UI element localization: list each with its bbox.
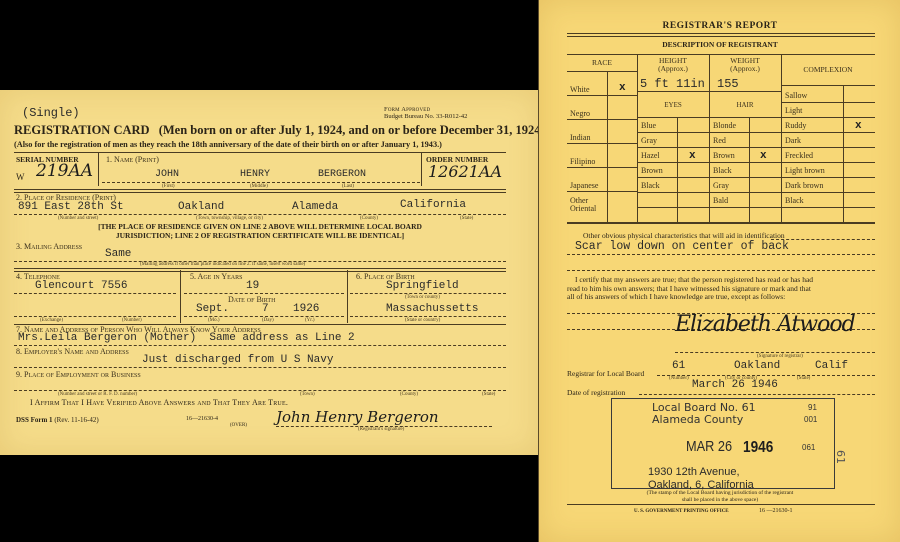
registrars-report: REGISTRAR'S REPORT DESCRIPTION OF REGIST…: [538, 0, 900, 542]
form-approved: Form Approved: [384, 106, 430, 113]
hair-bald: Bald: [713, 196, 728, 205]
eye-hazel: Hazel: [641, 151, 660, 160]
order-number: 12621AA: [428, 162, 502, 181]
dob-day: 7: [262, 303, 269, 315]
form-title-line: REGISTRATION CARD (Men born on or after …: [14, 123, 545, 138]
mailing-value: Same: [105, 248, 131, 260]
stamp-code-1: 91: [808, 403, 817, 412]
budget-bureau-number: Budget Bureau No. 33-R012-42: [384, 113, 467, 120]
report-title: REGISTRAR'S REPORT: [539, 21, 900, 31]
hair-gray: Gray: [713, 181, 729, 190]
complexion-light-brown: Light brown: [785, 166, 825, 175]
dob-month: Sept.: [196, 303, 229, 315]
local-board-label: Registrar for Local Board: [567, 369, 644, 378]
age-label: 5. Age in Years: [190, 272, 242, 281]
other-characteristics-label: Other obvious physical characteristics t…: [583, 231, 785, 240]
local-board-state: Calif: [815, 360, 848, 372]
birthplace-state: Massachussetts: [386, 303, 478, 315]
age-value: 19: [246, 280, 259, 292]
name-middle: HENRY: [240, 169, 270, 180]
form-id: DSS Form 1: [16, 416, 53, 424]
complexion-light: Light: [785, 106, 802, 115]
form-title: REGISTRATION CARD: [14, 123, 150, 137]
contact-value: Mrs.Leila Bergeron (Mother) Same address…: [18, 332, 355, 344]
employer-label: 8. Employer's Name and Address: [16, 347, 129, 356]
local-board-stamp: Local Board No. 61 Alameda County 91 001…: [611, 398, 835, 489]
certification-text: I certify that my answers are true; that…: [567, 276, 877, 302]
footer-printer: U. S. GOVERNMENT PRINTING OFFICE: [634, 509, 729, 514]
employment-street-caption: (Number and street or R. F. D. number): [58, 392, 137, 397]
hair-header: HAIR: [709, 101, 781, 109]
complexion-ruddy-mark: x: [855, 120, 862, 132]
weight-value: 155: [717, 77, 739, 91]
hair-red: Red: [713, 136, 726, 145]
registrant-signature: John Henry Bergeron: [276, 408, 439, 426]
affirmation-text: I Affirm That I Have Verified Above Answ…: [30, 398, 288, 407]
date-of-registration-value: March 26 1946: [692, 379, 778, 391]
complexion-header: COMPLEXION: [781, 65, 875, 74]
eye-gray: Gray: [641, 136, 657, 145]
number-caption: (Number): [122, 318, 142, 323]
employer-value: Just discharged from U S Navy: [142, 354, 333, 366]
mailing-caption: (Mailing address if other than place ind…: [140, 262, 305, 267]
report-subtitle: DESCRIPTION OF REGISTRANT: [539, 40, 900, 49]
exchange-caption: (Exchange): [40, 318, 63, 323]
over-note: (OVER): [230, 423, 247, 428]
eye-brown: Brown: [641, 166, 663, 175]
serial-prefix: W: [16, 172, 25, 182]
marital-status: (Single): [22, 106, 80, 120]
county-caption: (County): [360, 216, 378, 221]
hair-brown-mark: x: [760, 150, 767, 162]
height-header: HEIGHT(Approx.): [637, 57, 709, 73]
registrar-signature-caption: (Signature of registrar): [757, 354, 803, 359]
registrar-signature: Elizabeth Atwood: [675, 312, 855, 337]
employment-state-caption: (State): [482, 392, 495, 397]
state-caption: (State): [460, 216, 473, 221]
height-value: 5 ft 11in: [640, 77, 705, 91]
residence-street: 891 East 28th St: [18, 201, 124, 213]
stamp-address-1: 1930 12th Avenue,: [648, 466, 740, 478]
race-other-oriental: Other Oriental: [570, 197, 608, 213]
hair-black: Black: [713, 166, 732, 175]
name-first: JOHN: [155, 169, 179, 180]
registration-card-front: (Single) Form Approved Budget Bureau No.…: [0, 90, 538, 455]
eye-blue: Blue: [641, 121, 656, 130]
eye-black: Black: [641, 181, 660, 190]
local-board-number: 61: [672, 360, 685, 372]
town-caption: (Town, township, village, or city): [196, 216, 263, 221]
form-revision: (Rev. 11-16-42): [54, 416, 98, 424]
birthplace-town: Springfield: [386, 280, 459, 292]
birthplace-state-caption: (State or country): [405, 318, 440, 323]
employment-town-caption: (Town): [300, 392, 315, 397]
hair-blonde: Blonde: [713, 121, 736, 130]
race-indian: Indian: [570, 133, 590, 142]
stamp-date: MAR 26: [686, 438, 732, 455]
residence-town: Oakland: [178, 201, 224, 213]
race-japanese: Japanese: [570, 181, 598, 190]
date-of-registration-label: Date of registration: [567, 388, 625, 397]
employment-county-caption: (County): [400, 392, 418, 397]
board-state-caption: (State): [797, 376, 810, 381]
dob-year-caption: (Yr.): [305, 318, 315, 323]
dob-month-caption: (Mo.): [208, 318, 220, 323]
complexion-ruddy: Ruddy: [785, 121, 806, 130]
description-table: RACE HEIGHT(Approx.) WEIGHT(Approx.) COM…: [567, 55, 875, 223]
dob-day-caption: (Day): [262, 318, 274, 323]
print-code: 16—21630-4: [186, 416, 218, 422]
other-characteristics-value: Scar low down on center of back: [575, 240, 789, 253]
stamp-year: 1946: [743, 439, 773, 457]
form-title-note: (Men born on or after July 1, 1924, and …: [159, 123, 545, 137]
footer-code: 16 —21630-1: [759, 508, 793, 514]
stamp-code-2: 001: [804, 415, 817, 424]
stamp-code-3: 061: [802, 443, 815, 452]
street-caption: (Number and street): [58, 216, 98, 221]
eyes-header: EYES: [637, 101, 709, 109]
complexion-dark-brown: Dark brown: [785, 181, 823, 190]
race-filipino: Filipino: [570, 157, 595, 166]
employment-place-label: 9. Place of Employment or Business: [16, 370, 141, 379]
mailing-label: 3. Mailing Address: [16, 242, 82, 251]
complexion-sallow: Sallow: [785, 91, 807, 100]
name-last: BERGERON: [318, 169, 366, 180]
form-id-line: DSS Form 1 (Rev. 11-16-42): [16, 416, 99, 424]
weight-header: WEIGHT(Approx.): [709, 57, 781, 73]
race-header: RACE: [567, 58, 637, 67]
margin-board-number: 61: [834, 450, 847, 464]
residence-county: Alameda: [292, 201, 338, 213]
form-subtitle: (Also for the registration of men as the…: [14, 140, 442, 149]
jurisdiction-note: [THE PLACE OF RESIDENCE GIVEN ON LINE 2 …: [14, 222, 506, 240]
hair-brown: Brown: [713, 151, 735, 160]
dob-year: 1926: [293, 303, 319, 315]
name-label: 1. Name (Print): [106, 155, 159, 164]
complexion-dark: Dark: [785, 136, 801, 145]
complexion-black: Black: [785, 196, 804, 205]
race-negro: Negro: [570, 109, 590, 118]
signature-caption: (Registrant's signature): [358, 427, 404, 432]
stamp-caption: (The stamp of the Local Board having jur…: [539, 490, 900, 503]
eye-hazel-mark: x: [689, 150, 696, 162]
complexion-freckled: Freckled: [785, 151, 813, 160]
race-white-mark: x: [619, 82, 626, 94]
residence-state: California: [400, 199, 466, 211]
serial-number: 219AA: [36, 161, 93, 181]
stamp-county-line: Alameda County: [652, 413, 743, 426]
race-white: White: [570, 85, 590, 94]
local-board-city: Oakland: [734, 360, 780, 372]
telephone-value: Glencourt 7556: [35, 280, 127, 292]
birthplace-town-caption: (Town or county): [405, 295, 440, 300]
board-number-caption: (Number): [669, 376, 689, 381]
